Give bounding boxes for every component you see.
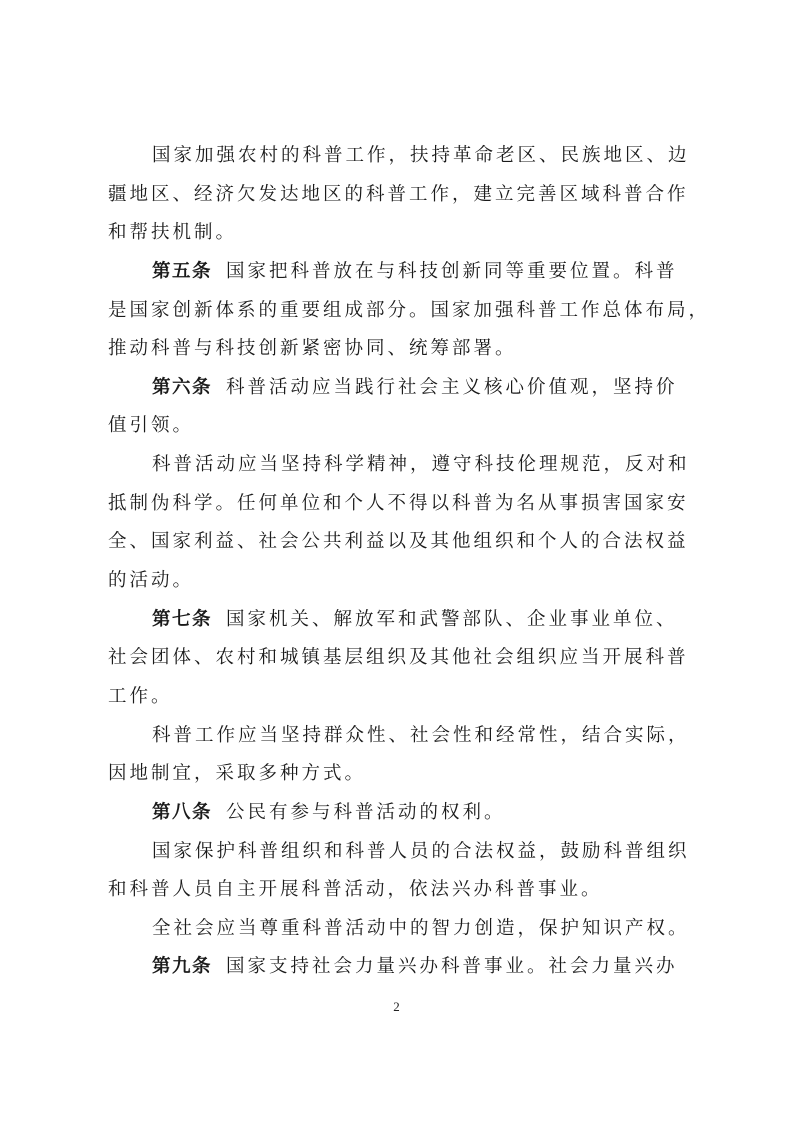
article-7-heading-line: 第七条国家机关、解放军和武警部队、企业事业单位、 [108,601,688,640]
line-text: 值引领。 [108,415,194,436]
text-line: 因地制宜，采取多种方式。 [108,755,688,794]
text-line: 推动科普与科技创新紧密协同、统筹部署。 [108,330,688,369]
text-line: 全、国家利益、社会公共利益以及其他组织和个人的合法权益 [108,523,688,562]
text-line: 全社会应当尊重科普活动中的智力创造，保护知识产权。 [108,910,688,949]
article-5-heading-line: 第五条国家把科普放在与科技创新同等重要位置。科普 [108,253,688,292]
article-number: 第八条 [152,802,212,823]
line-text: 是国家创新体系的重要组成部分。国家加强科普工作总体布局， [108,300,710,321]
line-text: 国家保护科普组织和科普人员的合法权益，鼓励科普组织 [152,841,690,862]
text-line: 的活动。 [108,562,688,601]
text-line: 科普工作应当坚持群众性、社会性和经常性，结合实际， [108,717,688,756]
line-text: 国家支持社会力量兴办科普事业。社会力量兴办 [226,956,678,977]
article-number: 第五条 [152,261,212,282]
line-text: 国家加强农村的科普工作，扶持革命老区、民族地区、边 [152,145,690,166]
article-number: 第六条 [152,377,212,398]
line-text: 全、国家利益、社会公共利益以及其他组织和个人的合法权益 [108,531,689,552]
article-number: 第七条 [152,609,212,630]
line-text: 国家把科普放在与科技创新同等重要位置。科普 [226,261,678,282]
line-text: 科普工作应当坚持群众性、社会性和经常性，结合实际， [152,725,690,746]
line-text: 国家机关、解放军和武警部队、企业事业单位、 [226,609,678,630]
text-line: 工作。 [108,678,688,717]
document-body: 国家加强农村的科普工作，扶持革命老区、民族地区、边 疆地区、经济欠发达地区的科普… [108,137,688,987]
line-text: 疆地区、经济欠发达地区的科普工作，建立完善区域科普合作 [108,184,689,205]
text-line: 和科普人员自主开展科普活动，依法兴办科普事业。 [108,871,688,910]
line-text: 推动科普与科技创新紧密协同、统筹部署。 [108,338,517,359]
text-line: 国家保护科普组织和科普人员的合法权益，鼓励科普组织 [108,833,688,872]
line-text: 公民有参与科普活动的权利。 [226,802,506,823]
line-text: 科普活动应当践行社会主义核心价值观，坚持价 [226,377,678,398]
article-number: 第九条 [152,956,212,977]
article-6-heading-line: 第六条科普活动应当践行社会主义核心价值观，坚持价 [108,369,688,408]
line-text: 全社会应当尊重科普活动中的智力创造，保护知识产权。 [152,918,690,939]
line-text: 因地制宜，采取多种方式。 [108,763,366,784]
text-line: 国家加强农村的科普工作，扶持革命老区、民族地区、边 [108,137,688,176]
page-number: 2 [0,999,793,1015]
text-line: 值引领。 [108,407,688,446]
text-line: 是国家创新体系的重要组成部分。国家加强科普工作总体布局， [108,292,688,331]
line-text: 工作。 [108,686,173,707]
line-text: 抵制伪科学。任何单位和个人不得以科普为名从事损害国家安 [108,493,689,514]
article-9-heading-line: 第九条国家支持社会力量兴办科普事业。社会力量兴办 [108,948,688,987]
text-line: 科普活动应当坚持科学精神，遵守科技伦理规范，反对和 [108,446,688,485]
text-line: 疆地区、经济欠发达地区的科普工作，建立完善区域科普合作 [108,176,688,215]
line-text: 的活动。 [108,570,194,591]
text-line: 抵制伪科学。任何单位和个人不得以科普为名从事损害国家安 [108,485,688,524]
article-8-heading-line: 第八条公民有参与科普活动的权利。 [108,794,688,833]
line-text: 社会团体、农村和城镇基层组织及其他社会组织应当开展科普 [108,647,689,668]
line-text: 和帮扶机制。 [108,222,237,243]
text-line: 和帮扶机制。 [108,214,688,253]
text-line: 社会团体、农村和城镇基层组织及其他社会组织应当开展科普 [108,639,688,678]
line-text: 科普活动应当坚持科学精神，遵守科技伦理规范，反对和 [152,454,690,475]
line-text: 和科普人员自主开展科普活动，依法兴办科普事业。 [108,879,603,900]
